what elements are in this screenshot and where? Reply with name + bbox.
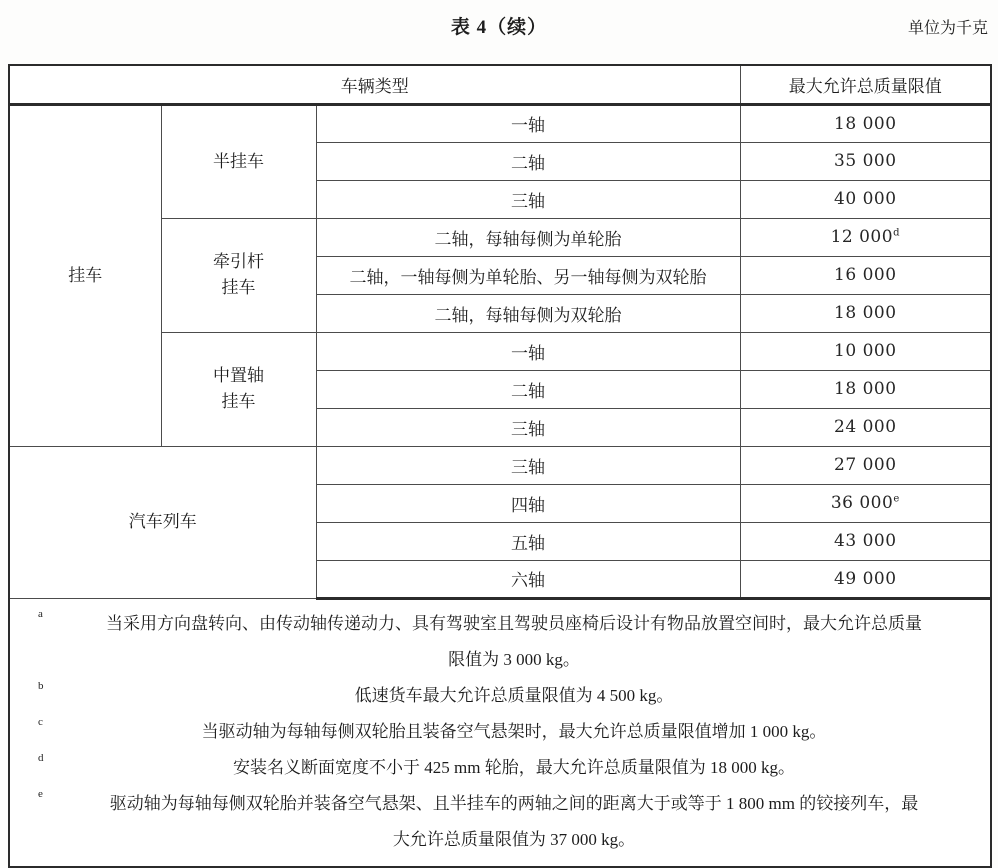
mass-value: 35 000 [834,151,896,171]
mass-value: 49 000 [834,569,896,589]
mass-value-cell: 18 000 [740,370,991,408]
table-title: 表 4（续） [0,12,998,39]
unit-label: 单位为千克 [908,15,988,38]
max-mass-limit-table: 车辆类型 最大允许总质量限值 挂车 半挂车 一轴 18 000 二轴 35 00… [8,64,992,868]
mass-value-cell: 24 000 [740,408,991,446]
footnotes-row: a 当采用方向盘转向、由传动轴传递动力、具有驾驶室且驾驶员座椅后设计有物品放置空… [9,598,991,867]
subcategory-cell-drawbar-trailer: 牵引杆 挂车 [161,218,316,332]
footnote-d: d 安装名义断面宽度不小于 425 mm 轮胎，最大允许总质量限值为 18 00… [10,750,964,786]
mass-value: 18 000 [834,379,896,399]
footnote-text: 限值为 3 000 kg。 [64,642,964,678]
page-header: 表 4（续） 单位为千克 [0,0,998,64]
header-max-mass: 最大允许总质量限值 [740,65,991,104]
subcategory-label-line: 挂车 [162,389,316,415]
category-cell-vehicle-train: 汽车列车 [9,446,316,598]
axle-config-cell: 二轴，每轴每侧为单轮胎 [316,218,740,256]
mass-value-cell: 43 000 [740,522,991,560]
axle-config-cell: 二轴 [316,142,740,180]
mass-value: 43 000 [834,531,896,551]
mass-value: 36 000 [831,493,893,513]
mass-value: 24 000 [834,417,896,437]
mass-value: 12 000 [831,227,893,247]
mass-value-cell: 40 000 [740,180,991,218]
mass-value-cell: 18 000 [740,104,991,142]
category-cell-trailer: 挂车 [9,104,161,446]
table-row: 汽车列车 三轴 27 000 [9,446,991,484]
subcategory-cell-semitrailer: 半挂车 [161,104,316,218]
footnote-b: b 低速货车最大允许总质量限值为 4 500 kg。 [10,678,964,714]
footnote-text: 大允许总质量限值为 37 000 kg。 [64,822,964,858]
axle-config-cell: 三轴 [316,408,740,446]
mass-value-cell: 18 000 [740,294,991,332]
axle-config-cell: 二轴，每轴每侧为双轮胎 [316,294,740,332]
mass-value: 10 000 [834,341,896,361]
axle-config-cell: 四轴 [316,484,740,522]
axle-config-cell: 二轴，一轴每侧为单轮胎、另一轴每侧为双轮胎 [316,256,740,294]
mass-value-cell: 12 000d [740,218,991,256]
mass-value-cell: 10 000 [740,332,991,370]
mass-value: 18 000 [834,114,896,134]
footnote-marker: a [38,609,43,620]
footnote-e: e 驱动轴为每轴每侧双轮胎并装备空气悬架、且半挂车的两轴之间的距离大于或等于 1… [10,786,964,858]
footnote-text: 低速货车最大允许总质量限值为 4 500 kg。 [64,678,964,714]
table-header-row: 车辆类型 最大允许总质量限值 [9,65,991,104]
mass-value-cell: 36 000e [740,484,991,522]
footnotes-section: a 当采用方向盘转向、由传动轴传递动力、具有驾驶室且驾驶员座椅后设计有物品放置空… [9,598,991,867]
footnote-marker: e [38,789,43,800]
subcategory-label-line: 牵引杆 [162,249,316,275]
mass-value: 18 000 [834,303,896,323]
table-row: 挂车 半挂车 一轴 18 000 [9,104,991,142]
axle-config-cell: 三轴 [316,446,740,484]
axle-config-cell: 五轴 [316,522,740,560]
footnote-marker: b [38,681,44,692]
axle-config-cell: 一轴 [316,332,740,370]
subcategory-label-line: 中置轴 [162,363,316,389]
footnote-text: 驱动轴为每轴每侧双轮胎并装备空气悬架、且半挂车的两轴之间的距离大于或等于 1 8… [64,786,964,822]
footnote-text: 当驱动轴为每轴每侧双轮胎且装备空气悬架时，最大允许总质量限值增加 1 000 k… [64,714,964,750]
axle-config-cell: 六轴 [316,560,740,598]
axle-config-cell: 一轴 [316,104,740,142]
mass-value: 27 000 [834,455,896,475]
subcategory-cell-centre-axle-trailer: 中置轴 挂车 [161,332,316,446]
footnote-ref: e [893,493,899,504]
footnote-text: 安装名义断面宽度不小于 425 mm 轮胎，最大允许总质量限值为 18 000 … [64,750,964,786]
mass-value: 16 000 [834,265,896,285]
footnote-c: c 当驱动轴为每轴每侧双轮胎且装备空气悬架时，最大允许总质量限值增加 1 000… [10,714,964,750]
header-vehicle-type: 车辆类型 [9,65,740,104]
footnote-text: 当采用方向盘转向、由传动轴传递动力、具有驾驶室且驾驶员座椅后设计有物品放置空间时… [64,606,964,642]
subcategory-label-line: 挂车 [162,275,316,301]
mass-value-cell: 16 000 [740,256,991,294]
footnote-marker: d [38,753,44,764]
axle-config-cell: 二轴 [316,370,740,408]
mass-value-cell: 27 000 [740,446,991,484]
mass-value-cell: 35 000 [740,142,991,180]
mass-value-cell: 49 000 [740,560,991,598]
footnote-marker: c [38,717,43,728]
footnote-a: a 当采用方向盘转向、由传动轴传递动力、具有驾驶室且驾驶员座椅后设计有物品放置空… [10,606,964,678]
mass-value: 40 000 [834,189,896,209]
subcategory-label-line: 半挂车 [162,149,316,175]
axle-config-cell: 三轴 [316,180,740,218]
footnote-ref: d [893,227,900,238]
